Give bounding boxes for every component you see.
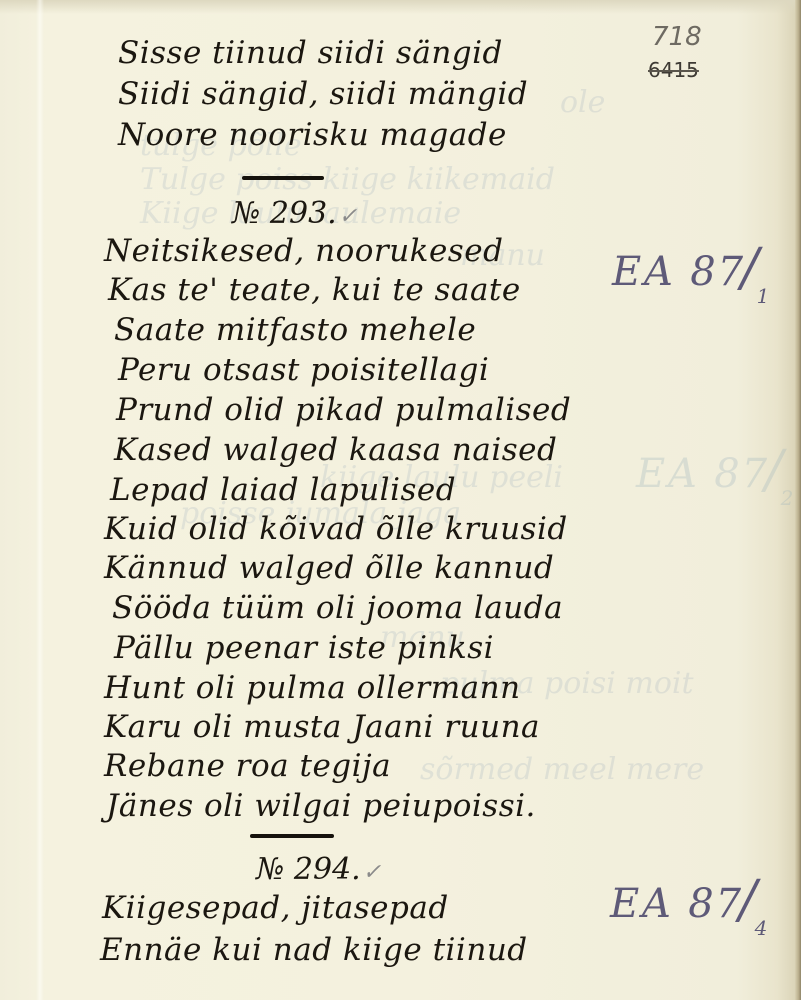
- margin-reference-main: ЕА 87: [612, 249, 745, 295]
- verse-line: Kännud walged õlle kannud: [104, 550, 554, 586]
- faint-margin-reference-slash: /: [765, 440, 783, 500]
- verse-line: Lepad laiad lapulised: [110, 472, 456, 508]
- song-number-label: № 294.: [256, 852, 361, 887]
- verse-line: Jänes oli wilgai peiupoissi.: [106, 788, 536, 824]
- section-divider: [250, 834, 334, 838]
- verse-line: Rebane roa tegija: [104, 748, 391, 784]
- verse-line: Hunt oli pulma ollermann: [104, 670, 521, 706]
- verse-line: Noore noorisku magade: [118, 117, 507, 153]
- page-fold-crease: [36, 0, 44, 1000]
- faint-margin-reference: ЕА 87/2: [636, 440, 793, 510]
- verse-line: Neitsikesed, noorukesed: [104, 233, 503, 269]
- margin-reference-main: ЕА 87: [610, 881, 743, 927]
- archive-number: 718: [652, 22, 702, 52]
- faint-margin-reference-sub: 2: [781, 486, 794, 510]
- verse-line: Karu oli musta Jaani ruuna: [104, 709, 540, 745]
- bleed-through-text: ole: [560, 85, 605, 120]
- margin-reference: ЕА 87/4: [610, 870, 767, 940]
- verse-line: Ennäe kui nad kiige tiinud: [100, 932, 528, 968]
- margin-reference-sub: 4: [755, 916, 768, 940]
- verse-line: Sööda tüüm oli jooma lauda: [112, 590, 563, 626]
- page-top-shadow: [0, 0, 801, 14]
- verse-line: Prund olid pikad pulmalised: [116, 392, 571, 428]
- verse-line: Peru otsast poisitellagi: [118, 352, 489, 388]
- archive-number-crossed-out: 6415: [648, 58, 699, 82]
- verse-line: Kased walged kaasa naised: [114, 432, 557, 468]
- margin-reference-slash: /: [741, 238, 759, 298]
- verse-line: Sisse tiinud siidi sängid: [118, 35, 503, 71]
- manuscript-page: ole tulge põlle Tulge poiss kiige kiikem…: [0, 0, 801, 1000]
- verse-line: Kuid olid kõivad õlle kruusid: [104, 511, 568, 547]
- bleed-through-text: Tulge poiss kiige kiikemaid: [140, 162, 555, 197]
- faint-margin-reference-main: ЕА 87: [636, 451, 769, 497]
- song-number: № 293.✓: [232, 196, 357, 231]
- check-mark-icon: ✓: [363, 860, 381, 885]
- verse-line: Pällu peenar iste pinksi: [114, 630, 494, 666]
- verse-line: Kas te' teate, kui te saate: [108, 272, 521, 308]
- section-divider: [242, 176, 324, 180]
- page-right-edge: [795, 0, 801, 1000]
- verse-line: Siidi sängid, siidi mängid: [118, 76, 528, 112]
- song-number-label: № 293.: [232, 196, 337, 231]
- verse-line: Saate mitfasto mehele: [114, 312, 476, 348]
- margin-reference-sub: 1: [757, 284, 770, 308]
- margin-reference: ЕА 87/1: [612, 238, 769, 308]
- bleed-through-text: sõrmed meel mere: [420, 752, 704, 787]
- verse-line: Kiigesepad, jitasepad: [102, 890, 449, 926]
- song-number: № 294.✓: [256, 852, 381, 887]
- margin-reference-slash: /: [739, 870, 757, 930]
- check-mark-icon: ✓: [339, 204, 357, 229]
